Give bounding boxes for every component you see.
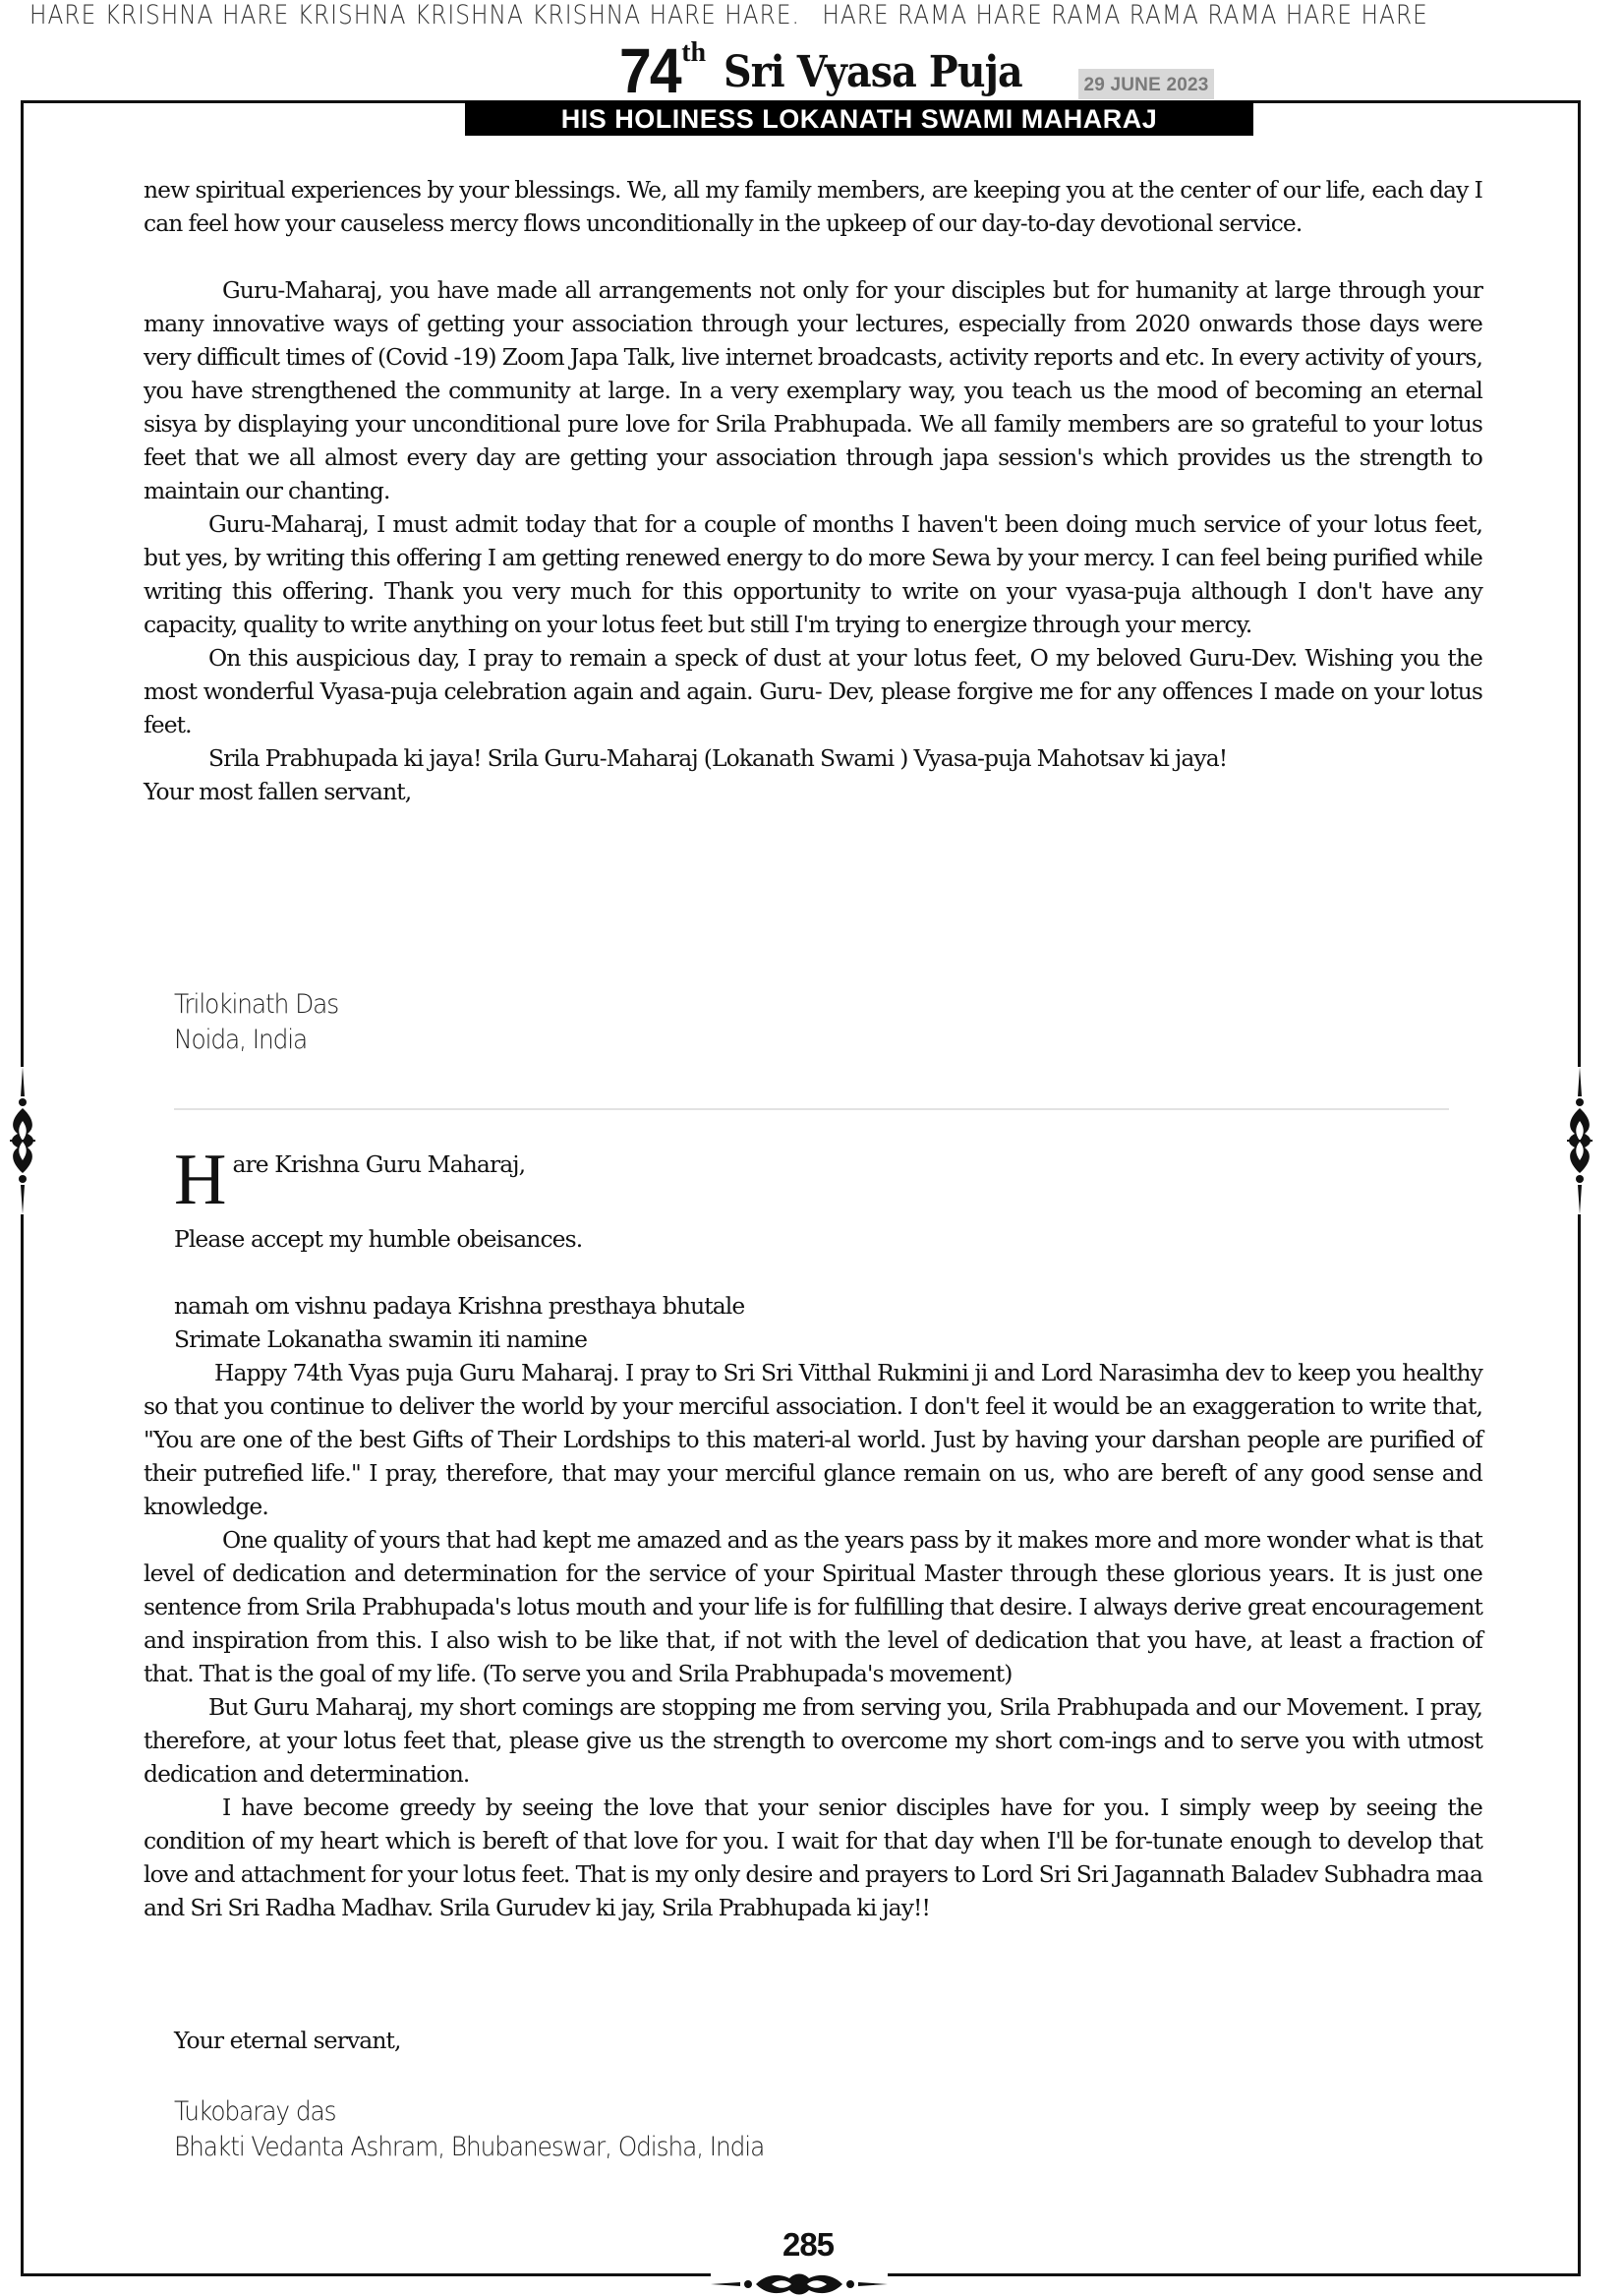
- offering-1-body: new spiritual experiences by your blessi…: [144, 173, 1482, 808]
- date-badge: 29 JUNE 2023: [1078, 69, 1214, 99]
- bottom-filigree-ornament-icon: [711, 2272, 888, 2296]
- paragraph: Guru-Maharaj, you have made all arrangem…: [144, 273, 1482, 507]
- section-divider: [174, 1108, 1449, 1110]
- page-number: 285: [766, 2226, 850, 2264]
- paragraph: On this auspicious day, I pray to remain…: [144, 641, 1482, 741]
- left-filigree-ornament-icon: [8, 1067, 37, 1214]
- prayer-line: namah om vishnu padaya Krishna presthaya…: [174, 1289, 744, 1323]
- salutation-block: H are Krishna Guru Maharaj,: [174, 1150, 1481, 1207]
- obeisances-line: Please accept my humble obeisances.: [174, 1222, 582, 1256]
- paragraph-spacer: [144, 240, 1482, 273]
- signature-block-2: Tukobaray das Bhakti Vedanta Ashram, Bhu…: [174, 2094, 764, 2165]
- mantra-left: HARE KRISHNA HARE KRISHNA KRISHNA KRISHN…: [29, 0, 800, 30]
- right-filigree-ornament-icon: [1565, 1067, 1594, 1214]
- paragraph: I have become greedy by seeing the love …: [144, 1791, 1482, 1924]
- closing-line: Your most fallen servant,: [144, 775, 1482, 808]
- paragraph: But Guru Maharaj, my short comings are s…: [144, 1690, 1482, 1791]
- prayer-block: namah om vishnu padaya Krishna presthaya…: [174, 1289, 744, 1356]
- mantra-header: HARE KRISHNA HARE KRISHNA KRISHNA KRISHN…: [29, 0, 1382, 31]
- paragraph: One quality of yours that had kept me am…: [144, 1523, 1482, 1690]
- signature-block-1: Trilokinath Das Noida, India: [174, 987, 338, 1058]
- paragraph: new spiritual experiences by your blessi…: [144, 173, 1482, 240]
- signature-name: Trilokinath Das: [174, 987, 338, 1023]
- paragraph: Happy 74th Vyas puja Guru Maharaj. I pra…: [144, 1356, 1482, 1523]
- title-superscript: th: [681, 37, 706, 69]
- subtitle-banner: HIS HOLINESS LOKANATH SWAMI MAHARAJ: [465, 101, 1253, 136]
- title-name: Sri Vyasa Puja: [724, 45, 1022, 100]
- signature-location: Noida, India: [174, 1023, 338, 1058]
- mantra-right: HARE RAMA HARE RAMA RAMA RAMA HARE HARE: [822, 0, 1427, 30]
- prayer-line: Srimate Lokanatha swamin iti namine: [174, 1323, 744, 1356]
- signature-location: Bhakti Vedanta Ashram, Bhubaneswar, Odis…: [174, 2130, 764, 2165]
- paragraph: Srila Prabhupada ki jaya! Srila Guru-Mah…: [144, 741, 1482, 775]
- title-number: 74: [619, 41, 680, 100]
- signature-name: Tukobaray das: [174, 2094, 764, 2130]
- drop-cap: H: [174, 1152, 226, 1207]
- offering-2-body: Happy 74th Vyas puja Guru Maharaj. I pra…: [144, 1356, 1482, 1924]
- closing-line-2: Your eternal servant,: [174, 2024, 401, 2057]
- page-title: 74 th Sri Vyasa Puja: [619, 35, 1056, 100]
- paragraph: Guru-Maharaj, I must admit today that fo…: [144, 507, 1482, 641]
- salutation: are Krishna Guru Maharaj,: [174, 1150, 1481, 1178]
